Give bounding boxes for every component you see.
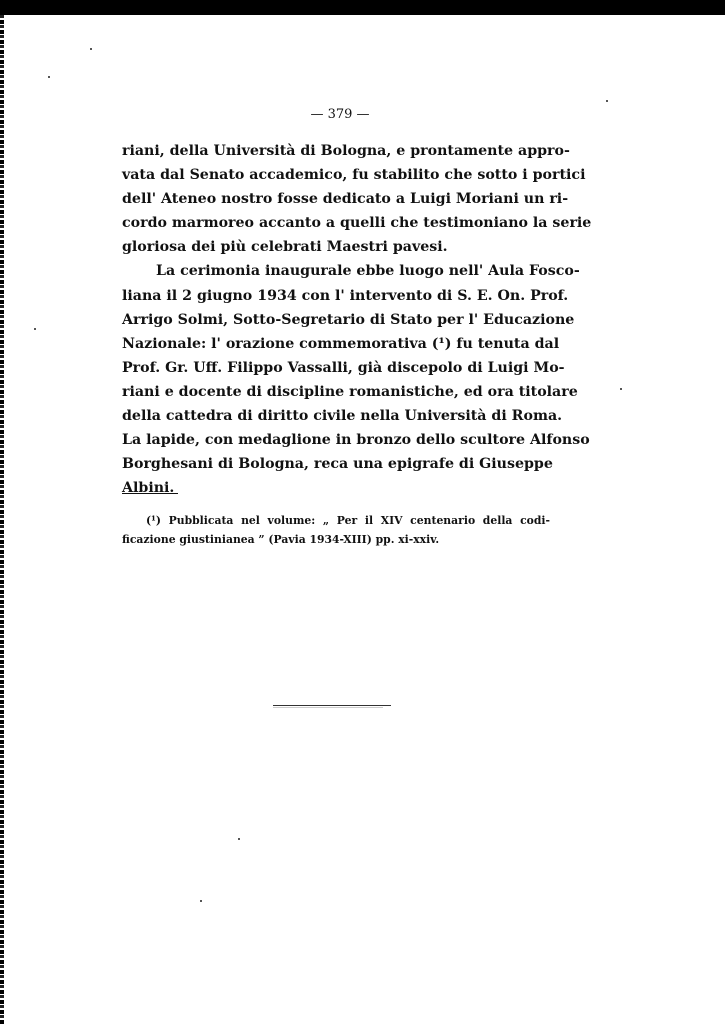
text-line: dell' Ateneo nostro fosse dedicato a Lui… [122, 187, 550, 211]
scan-speck [620, 388, 622, 390]
footnote-separator [122, 493, 178, 494]
scan-speck [90, 48, 92, 50]
scan-speck [238, 838, 240, 840]
scan-speck [200, 900, 202, 902]
text-line: riani, della Università di Bologna, e pr… [122, 139, 550, 163]
text-line: Arrigo Solmi, Sotto-Segretario di Stato … [122, 308, 550, 332]
footnote-line: ficazione giustinianea ” (Pavia 1934-XII… [122, 530, 550, 549]
text-line: La cerimonia inaugurale ebbe luogo nell'… [122, 259, 550, 283]
body-text: riani, della Università di Bologna, e pr… [122, 139, 550, 500]
scan-speck [48, 76, 50, 78]
text-line: Borghesani di Bologna, reca una epigrafe… [122, 452, 550, 476]
text-line: riani e docente di discipline romanistic… [122, 380, 550, 404]
text-line: Nazionale: l' orazione commemorativa (¹)… [122, 332, 550, 356]
page-number: — 379 — [0, 107, 680, 122]
end-of-text-rule [273, 705, 391, 706]
scan-left-edge [0, 15, 4, 1024]
text-line: vata dal Senato accademico, fu stabilito… [122, 163, 550, 187]
text-line: gloriosa dei più celebrati Maestri paves… [122, 235, 550, 259]
text-line: Prof. Gr. Uff. Filippo Vassalli, già dis… [122, 356, 550, 380]
text-line: liana il 2 giugno 1934 con l' intervento… [122, 284, 550, 308]
footnote-line: (¹) Pubblicata nel volume: „ Per il XIV … [122, 511, 550, 530]
scan-speck [34, 328, 36, 330]
text-line: cordo marmoreo accanto a quelli che test… [122, 211, 550, 235]
text-line: La lapide, con medaglione in bronzo dell… [122, 428, 550, 452]
footnote: (¹) Pubblicata nel volume: „ Per il XIV … [122, 511, 550, 549]
scan-top-border [0, 0, 725, 15]
end-of-text-rule-shadow [273, 707, 383, 708]
text-line: Albini. [122, 476, 550, 500]
text-line: della cattedra di diritto civile nella U… [122, 404, 550, 428]
scan-speck [606, 100, 608, 102]
